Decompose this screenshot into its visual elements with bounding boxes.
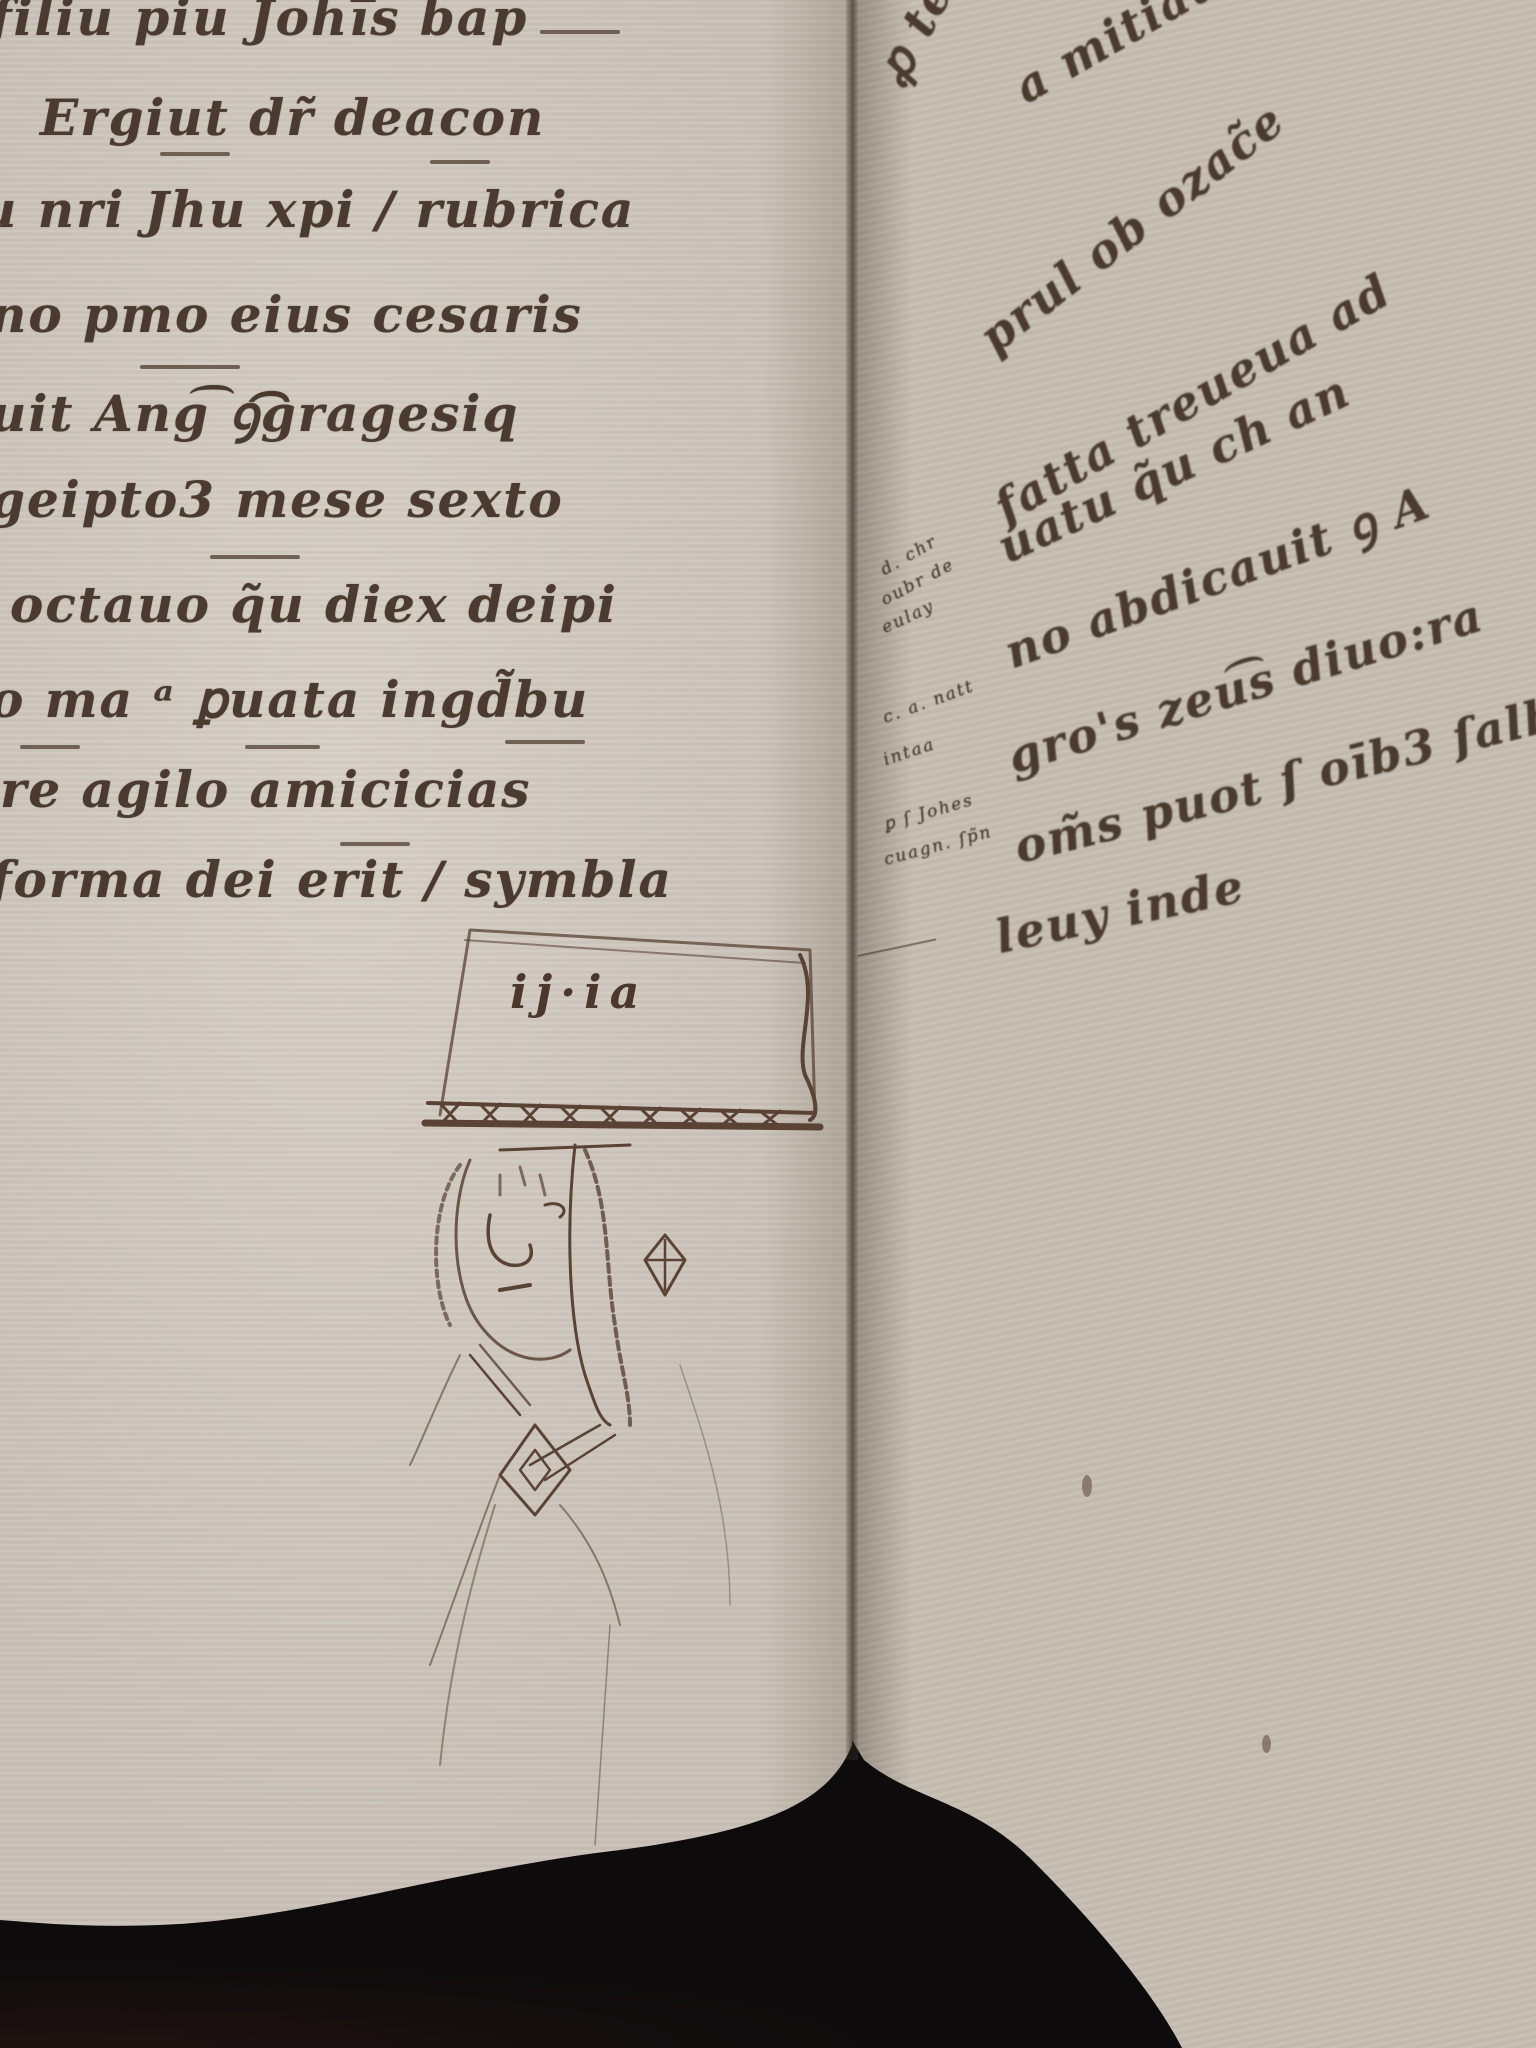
figure-drawing: ij·ia [400,905,830,1865]
abbreviation-mark [505,740,585,744]
abbreviation-mark [430,160,490,164]
text-line-9: re agilo amicicias [0,760,531,819]
text-line-7: octauo q̃u diex deipi [10,575,618,634]
text-line-10: forma dei erit / symbla [0,850,673,909]
book-gutter [846,0,858,1760]
crown-inscription: ij·ia [510,965,647,1019]
text-line-5: uit Ang͡ ꝯ͡gragesiq [0,378,519,446]
text-line-6: geipto3 mese sexto [0,470,564,529]
abbreviation-mark [160,152,230,156]
manuscript-photo: filiu piu Johi̅s bap Ergiut dr̃ deacon u… [0,0,1536,2048]
right-text-line-9: leuy inde [991,859,1250,964]
abbreviation-mark [540,30,620,34]
abbreviation-mark [20,745,80,749]
right-text-line-3: prul ob ozac̃e [969,92,1295,364]
paper-blemish [1262,1735,1271,1753]
marginal-note-5: intaa [881,734,938,770]
text-line-2: Ergiut dr̃ deacon [40,88,545,147]
abbreviation-mark [340,842,410,846]
figure-sketch-icon [400,905,830,1865]
right-page: ꝓ te mi per a mitiau̾ ad prul ob ozac̃e … [852,0,1536,2048]
abbreviation-mark [245,745,320,749]
paper-blemish [1082,1475,1092,1497]
text-line-8: o ma ᵃ ꝑuata ingd̃bu [0,670,589,729]
abbreviation-mark [210,555,300,559]
marginal-note-4: c. a. natt [880,676,977,728]
text-line-3: u nri Jhu xpi / rubrica [0,180,635,239]
background-shadow [0,1888,1536,2048]
text-line-4: no pmo eius cesaris [0,285,583,344]
abbreviation-mark [140,365,240,369]
text-line-1: filiu piu Johi̅s bap [0,0,528,47]
